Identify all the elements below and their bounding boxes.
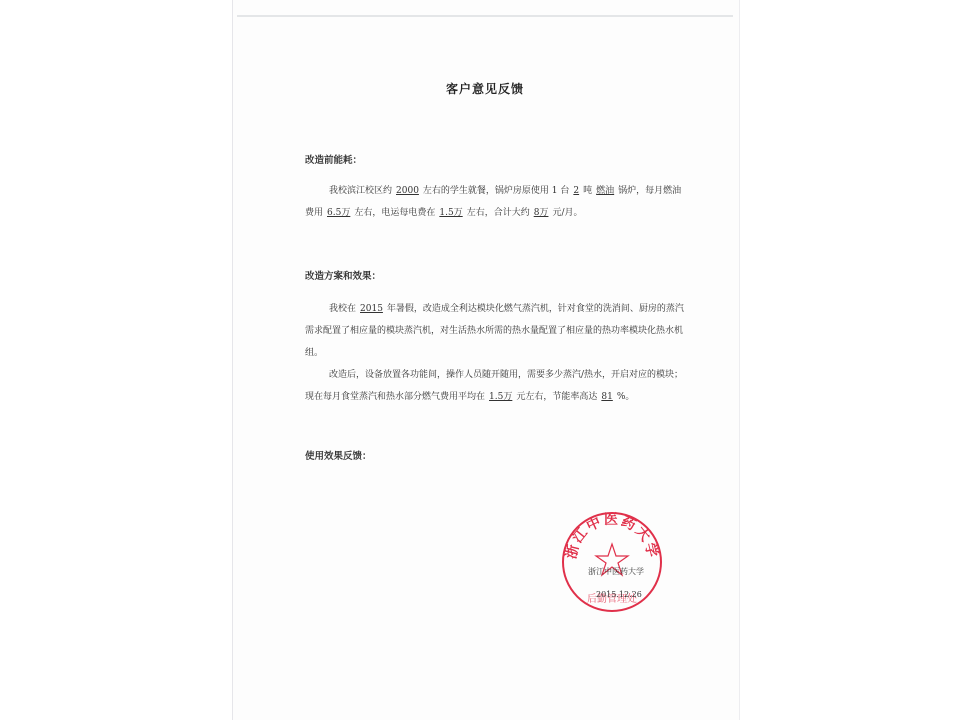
section-paragraph: 我校在2015年暑假，改造成全利达模块化燃气蒸汽机，针对食堂的洗消间、厨房的蒸汽… bbox=[305, 298, 685, 364]
filled-value: 2015 bbox=[356, 304, 387, 314]
section-heading-before: 改造前能耗： bbox=[305, 152, 362, 166]
document-title: 客户意见反馈 bbox=[232, 80, 738, 97]
paragraph-text: 元左右，节能率高达 bbox=[516, 392, 597, 402]
paragraph-text: 我校滨江校区约 bbox=[329, 186, 392, 196]
paragraph-text: 左右的学生就餐，锅炉房原使用 1 台 bbox=[423, 186, 569, 196]
paragraph-text: 左右，电运每电费在 bbox=[354, 208, 435, 218]
filled-value: 1.5万 bbox=[485, 392, 516, 402]
paragraph-text: 吨 bbox=[583, 186, 592, 196]
paragraph-text: 元/月。 bbox=[552, 208, 582, 218]
paragraph-text: 我校在 bbox=[329, 304, 356, 314]
filled-value: 燃油 bbox=[592, 186, 618, 196]
filled-value: 2 bbox=[569, 186, 583, 196]
seal-overprint: 浙江中医药大学 2015.12.26 bbox=[588, 565, 644, 601]
filled-value: 6.5万 bbox=[323, 208, 354, 218]
paragraph-text: %。 bbox=[617, 392, 635, 402]
filled-value: 8万 bbox=[530, 208, 553, 218]
section-heading-feedback: 使用效果反馈： bbox=[305, 448, 372, 462]
seal-overprint-name: 浙江中医药大学 bbox=[588, 565, 644, 578]
filled-value: 2000 bbox=[392, 186, 423, 196]
section-paragraph: 改造后，设备放置各功能间，操作人员随开随用，需要多少蒸汽/热水，开启对应的模块；… bbox=[305, 364, 685, 408]
page-top-edge bbox=[237, 15, 733, 17]
svg-text:浙江中医药大学: 浙江中医药大学 bbox=[562, 512, 661, 560]
paragraph-text: 左右，合计大约 bbox=[467, 208, 530, 218]
filled-value: 81 bbox=[597, 392, 616, 402]
section-paragraph: 我校滨江校区约2000左右的学生就餐，锅炉房原使用 1 台2吨燃油锅炉，每月燃油… bbox=[305, 180, 685, 224]
section-heading-solution: 改造方案和效果： bbox=[305, 268, 381, 282]
seal-overprint-date: 2015.12.26 bbox=[596, 588, 644, 601]
filled-value: 1.5万 bbox=[435, 208, 466, 218]
